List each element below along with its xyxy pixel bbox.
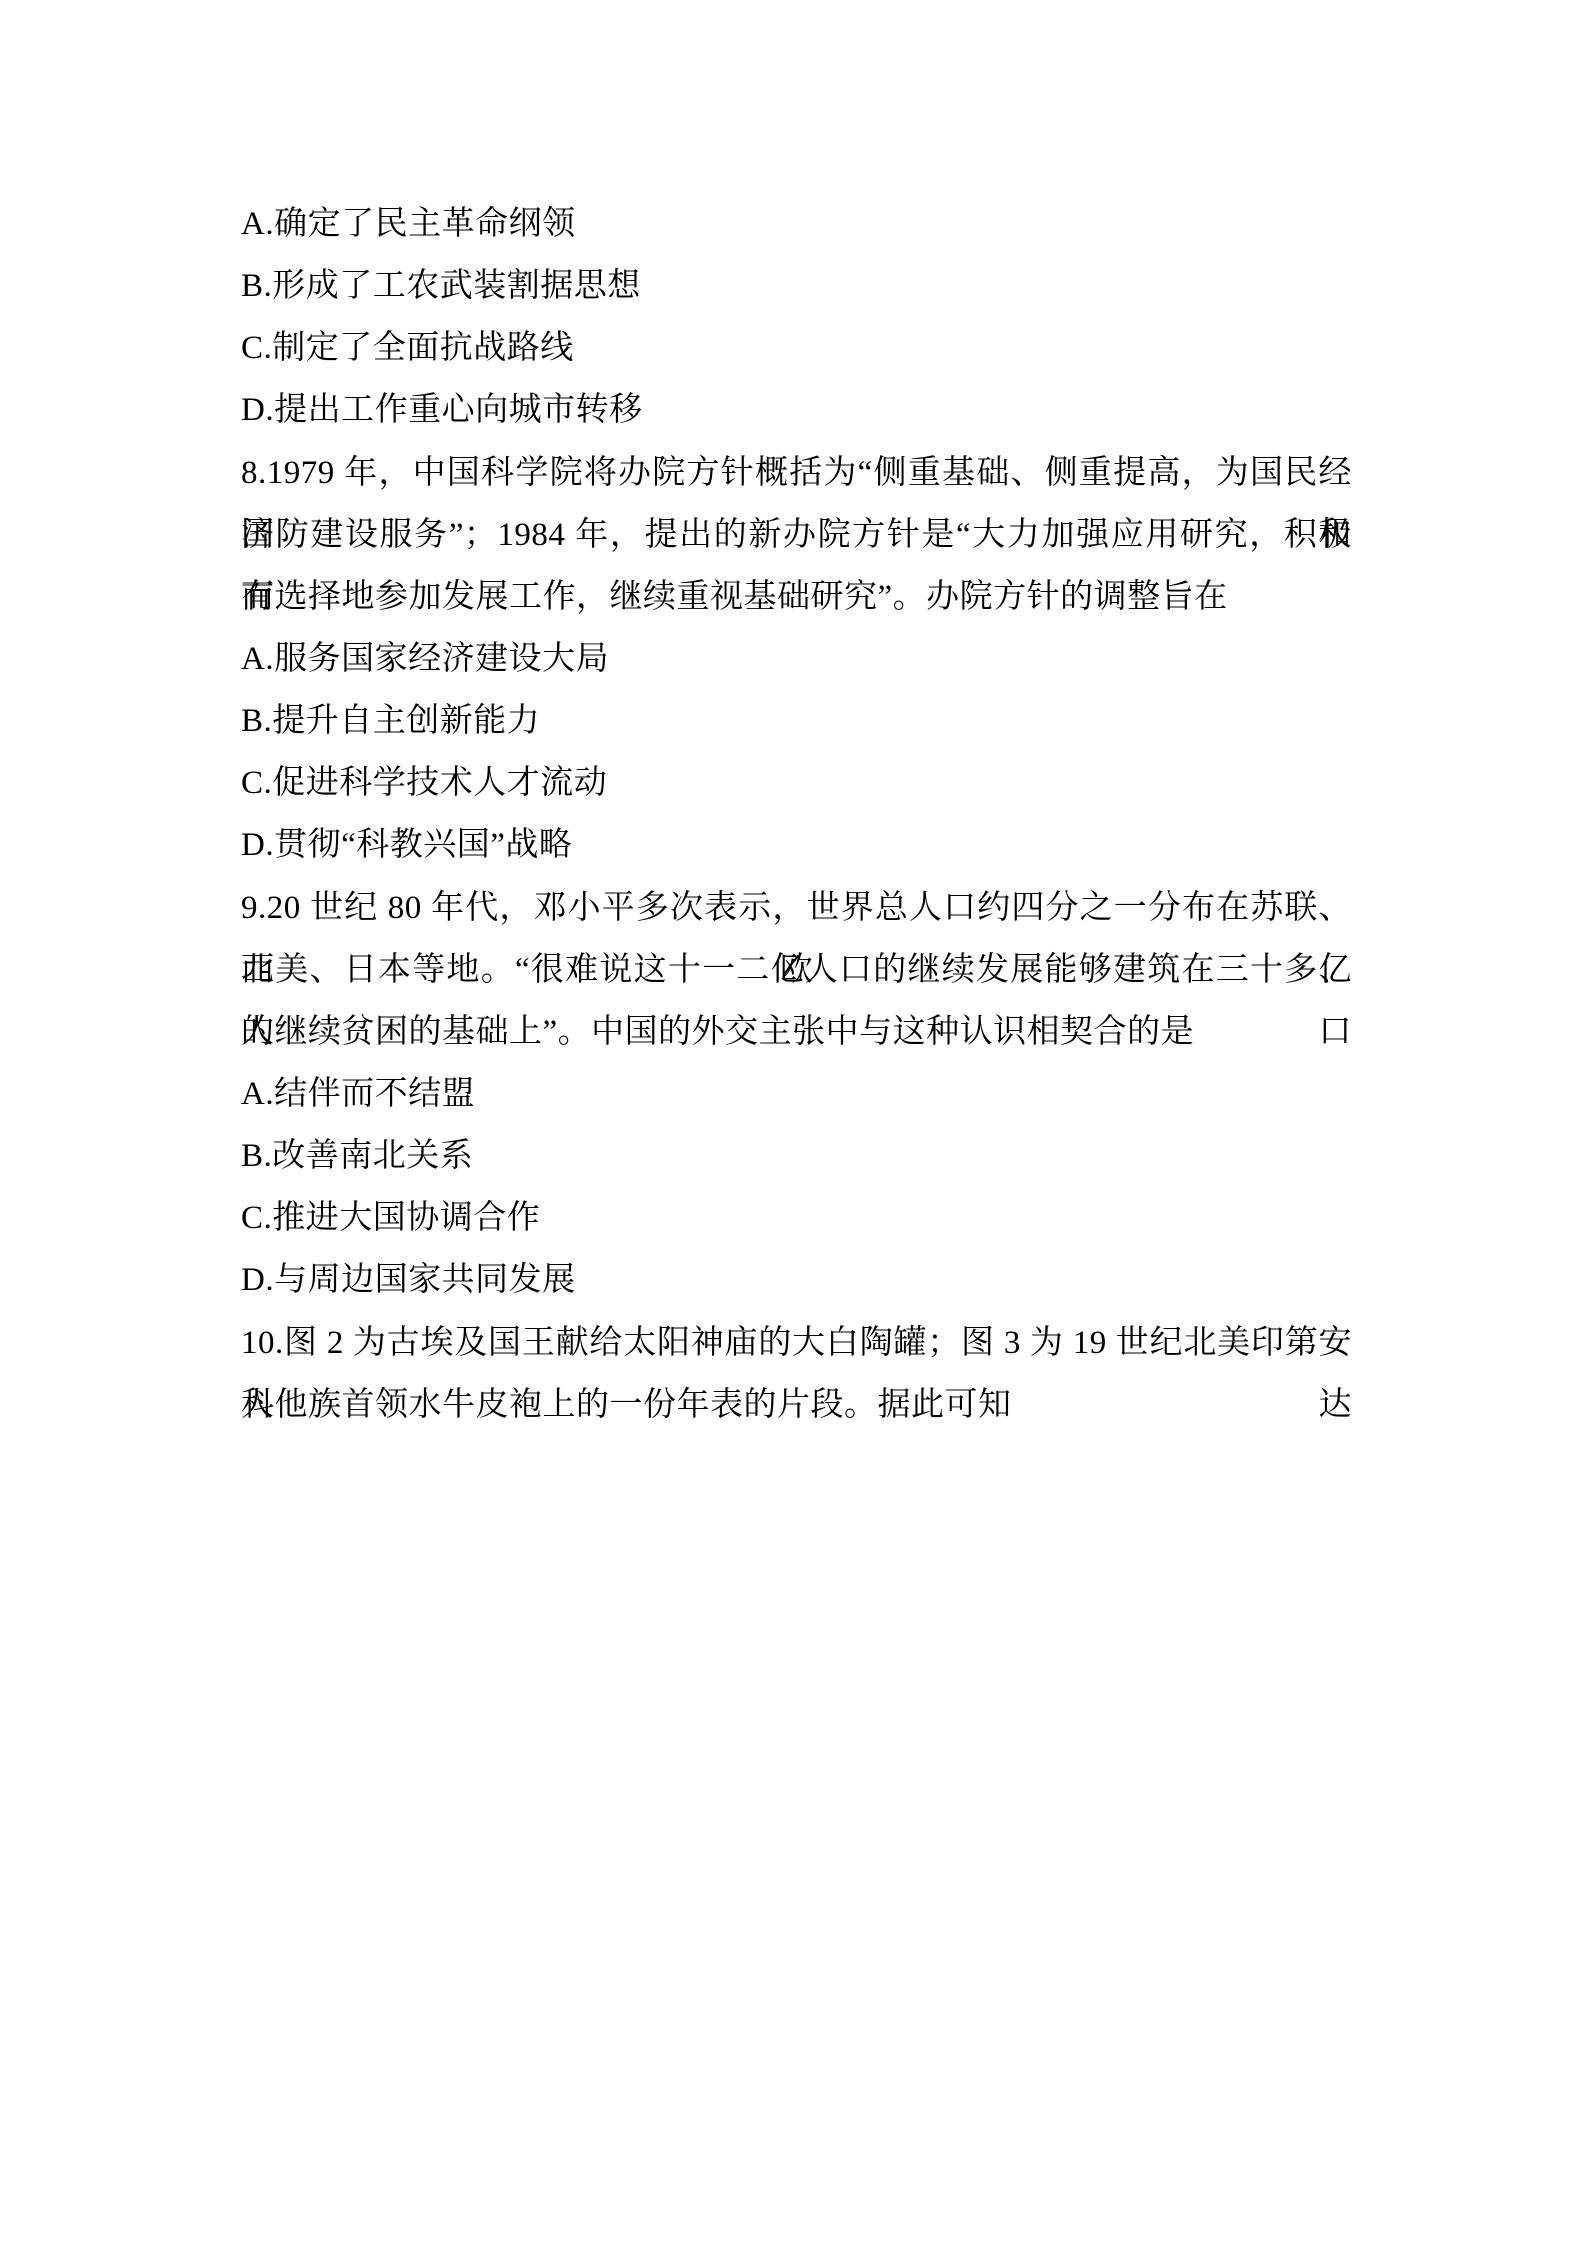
question-stem-line: 国防建设服务”；1984 年，提出的新办院方针是“大力加强应用研究，积极而 [241,504,1352,566]
option-line: B.形成了工农武装割据思想 [241,255,1352,317]
question-stem-line: 的继续贫困的基础上”。中国的外交主张中与这种认识相契合的是 [241,1001,1352,1063]
option-line: D.与周边国家共同发展 [241,1249,1352,1311]
option-line: A.服务国家经济建设大局 [241,628,1352,690]
option-line: C.制定了全面抗战路线 [241,317,1352,379]
document-page: A.确定了民主革命纲领 B.形成了工农武装割据思想 C.制定了全面抗战路线 D.… [0,0,1586,2244]
option-line: A.确定了民主革命纲领 [241,193,1352,255]
option-line: B.提升自主创新能力 [241,690,1352,752]
option-line: D.提出工作重心向城市转移 [241,379,1352,441]
option-line: C.推进大国协调合作 [241,1187,1352,1249]
question-stem-line: 有选择地参加发展工作，继续重视基础研究”。办院方针的调整旨在 [241,566,1352,628]
option-line: D.贯彻“科教兴国”战略 [241,814,1352,876]
question-stem-line: 9.20 世纪 80 年代，邓小平多次表示，世界总人口约四分之一分布在苏联、西欧… [241,877,1352,939]
question-stem-line: 10.图 2 为古埃及国王献给太阳神庙的大白陶罐；图 3 为 19 世纪北美印第… [241,1312,1352,1374]
question-stem-line: 北美、日本等地。“很难说这十一二亿人口的继续发展能够建筑在三十多亿人口 [241,939,1352,1001]
option-line: A.结伴而不结盟 [241,1063,1352,1125]
option-line: B.改善南北关系 [241,1125,1352,1187]
question-stem-line: 8.1979 年，中国科学院将办院方针概括为“侧重基础、侧重提高，为国民经济和 [241,442,1352,504]
question-text-block: A.确定了民主革命纲领 B.形成了工农武装割据思想 C.制定了全面抗战路线 D.… [241,193,1352,1436]
option-line: C.促进科学技术人才流动 [241,752,1352,814]
